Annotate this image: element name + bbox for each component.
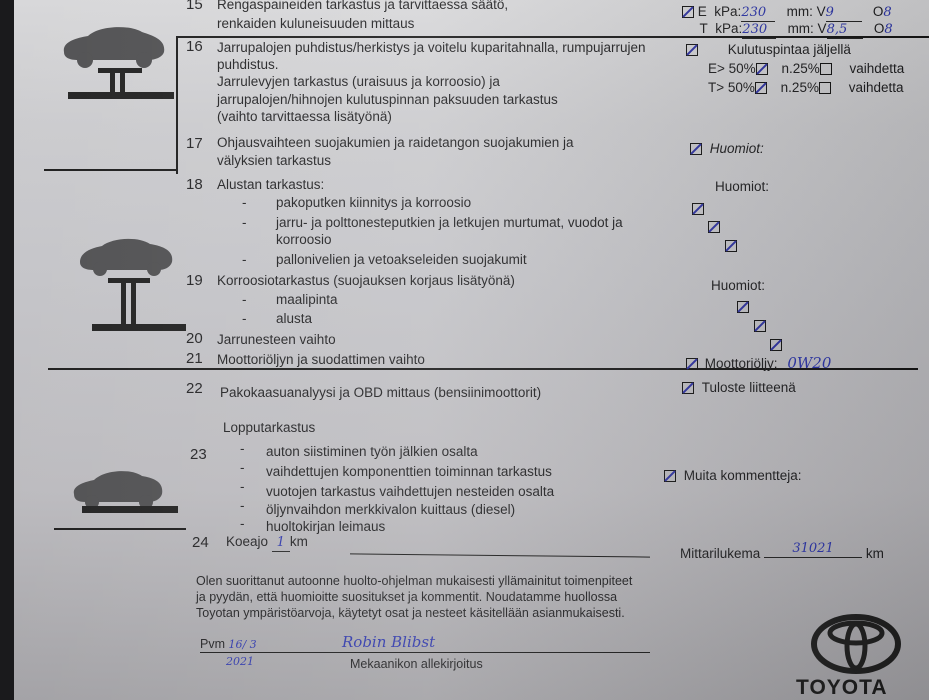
signature-label: Mekaanikon allekirjoitus	[350, 656, 483, 673]
rear-right-depth-field[interactable]: 8	[884, 22, 892, 37]
toyota-logo-icon	[810, 614, 902, 674]
attachment-row: Tuloste liitteenä	[682, 379, 796, 396]
front-right-depth-field[interactable]: 8	[883, 5, 891, 20]
date-year: 2021	[226, 655, 254, 668]
mm-label: mm: V	[788, 21, 827, 36]
statement-line: ja pyydän, että huomioitte suositukset j…	[196, 589, 617, 606]
dash: -	[240, 515, 245, 532]
item-number: 20	[186, 330, 203, 347]
oil-label: Moottoriöljy:	[705, 356, 778, 371]
item-21-text: Moottoriöljyn ja suodattimen vaihto	[217, 351, 425, 368]
notes-label: Huomiot:	[711, 277, 765, 294]
item-number: 22	[186, 380, 203, 397]
item-18-sub-checkbox[interactable]	[725, 240, 737, 252]
notes-label: Huomiot:	[715, 178, 769, 195]
item-number: 24	[192, 534, 209, 551]
statement-line: Toyotan ympäristöarvoja, käytetyt osat j…	[196, 605, 625, 622]
item-18-sub: pallonivelien ja vetoakseleiden suojakum…	[276, 251, 527, 268]
front-over50-checkbox[interactable]	[756, 63, 768, 75]
rear-label: T	[700, 21, 708, 36]
rear-replace-label: vaihdetta	[849, 80, 904, 95]
item-number: 17	[186, 135, 203, 152]
item-18-sub: jarru- ja polttonesteputkien ja letkujen…	[276, 214, 623, 231]
test-drive-row: Koeajo 1km	[226, 533, 308, 552]
rear-pressure-field[interactable]: 230	[742, 21, 776, 39]
comments-checkbox[interactable]	[664, 470, 676, 482]
item-number: 23	[190, 446, 207, 463]
dash: -	[242, 291, 247, 308]
tyre-rear-row: T kPa:230 mm: V8,5 O8	[682, 20, 893, 39]
rear-left-depth-field[interactable]: 8,5	[827, 21, 863, 39]
front-label: E	[698, 4, 707, 19]
item-18-sub: pakoputken kiinnitys ja korroosio	[276, 194, 471, 211]
item-16-text: Jarrulevyjen tarkastus (uraisuus ja korr…	[217, 73, 500, 90]
front-wear-label: E> 50%	[708, 61, 756, 76]
item-23-sub: öljynvaihdon merkkivalon kuittaus (diese…	[266, 501, 515, 518]
item-15-text: Rengaspaineiden tarkastus ja tarvittaess…	[217, 0, 508, 13]
front-25-label: n.25%	[781, 61, 819, 76]
rear-over50-checkbox[interactable]	[755, 82, 767, 94]
comments-row: Muita kommentteja:	[664, 467, 802, 484]
wear-header: Kulutuspintaa jäljellä	[686, 41, 851, 58]
dash: -	[242, 251, 247, 268]
car-ground-icon	[70, 466, 180, 516]
item-16-text: (vaihto tarvittaessa lisätyönä)	[217, 108, 392, 125]
item-17-text: Ohjausvaihteen suojakumien ja raidetango…	[217, 134, 573, 151]
item-21-checkbox[interactable]	[686, 358, 698, 370]
comments-label: Muita kommentteja:	[684, 468, 802, 483]
date-field[interactable]: 16/ 3	[228, 638, 256, 651]
item-17-text: välyksien tarkastus	[217, 152, 331, 169]
dash: -	[242, 194, 247, 211]
unit-label: km	[290, 534, 308, 549]
item-18-title: Alustan tarkastus:	[217, 176, 324, 193]
service-form-sheet: 15 Rengaspaineiden tarkastus ja tarvitta…	[14, 0, 929, 700]
odometer-label: Mittarilukema	[680, 546, 760, 561]
item-number: 18	[186, 176, 203, 193]
right-label: O	[873, 4, 884, 19]
item-22-text: Pakokaasuanalyysi ja OBD mittaus (bensii…	[220, 384, 541, 401]
test-drive-label: Koeajo	[226, 534, 268, 549]
statement-line: Olen suorittanut autoonne huolto-ohjelma…	[196, 573, 632, 590]
dash: -	[242, 214, 247, 231]
dash: -	[240, 478, 245, 495]
front-25-checkbox[interactable]	[820, 63, 832, 75]
item-15-text: renkaiden kuluneisuuden mittaus	[217, 15, 414, 32]
wear-title: Kulutuspintaa jäljellä	[728, 42, 851, 57]
date-label: Pvm	[200, 637, 225, 651]
item-18-sub-checkbox[interactable]	[692, 203, 704, 215]
notes-label: Huomiot:	[710, 141, 764, 156]
item-16-text: puhdistus.	[217, 56, 279, 73]
odometer-field[interactable]: 31021	[764, 540, 862, 558]
item-19-title: Korroosiotarkastus (suojauksen korjaus l…	[217, 272, 515, 289]
item-16-checkbox[interactable]	[686, 44, 698, 56]
date-row: Pvm 16/ 3	[200, 636, 257, 653]
item-23-sub: auton siistiminen työn jälkien osalta	[266, 443, 478, 460]
car-lift-icon	[58, 22, 178, 106]
car-lift-icon	[76, 238, 186, 338]
item-18-sub-checkbox[interactable]	[708, 221, 720, 233]
front-wear-row: E> 50% n.25% vaihdetta	[708, 60, 904, 77]
odometer-row: Mittarilukema 31021 km	[680, 545, 884, 564]
item-15-checkbox[interactable]	[682, 6, 694, 18]
rear-wear-row: T> 50% n.25% vaihdetta	[708, 79, 904, 96]
dash: -	[240, 440, 245, 457]
front-replace-label: vaihdetta	[849, 61, 904, 76]
test-drive-distance-field[interactable]: 1	[272, 534, 290, 552]
item-number: 19	[186, 272, 203, 289]
item-17-checkbox[interactable]	[690, 143, 702, 155]
item-number: 15	[186, 0, 203, 13]
mm-label: mm: V	[787, 4, 826, 19]
rear-25-label: n.25%	[781, 80, 819, 95]
attachment-label: Tuloste liitteenä	[702, 380, 796, 395]
dash: -	[240, 497, 245, 514]
kpa-label: kPa:	[714, 4, 741, 19]
unit-label: km	[866, 546, 884, 561]
item-number: 21	[186, 350, 203, 367]
item-number: 16	[186, 38, 203, 55]
item-20-text: Jarrunesteen vaihto	[217, 331, 336, 348]
item-16-text: jarrupalojen/hihnojen kulutuspinnan paks…	[217, 91, 558, 108]
oil-row: Moottoriöljy: 0W20	[686, 355, 831, 372]
item-18-sub: korroosio	[276, 231, 332, 248]
item-23-sub: vuotojen tarkastus vaihdettujen nesteide…	[266, 483, 554, 500]
oil-grade-field[interactable]: 0W20	[787, 354, 831, 372]
rear-wear-label: T> 50%	[708, 80, 755, 95]
item-19-sub-checkbox[interactable]	[737, 301, 749, 313]
brand-name: TOYOTA	[796, 676, 888, 700]
dash: -	[240, 459, 245, 476]
item-19-sub: alusta	[276, 310, 312, 327]
item-17-notes: Huomiot:	[690, 140, 764, 157]
item-19-sub: maalipinta	[276, 291, 338, 308]
item-22-checkbox[interactable]	[682, 382, 694, 394]
right-label: O	[874, 21, 885, 36]
item-19-sub-checkbox[interactable]	[754, 320, 766, 332]
item-23-title: Lopputarkastus	[223, 419, 315, 436]
item-20-checkbox[interactable]	[770, 339, 782, 351]
rear-25-checkbox[interactable]	[819, 82, 831, 94]
dash: -	[242, 310, 247, 327]
mechanic-signature: Robin Blibst	[342, 633, 435, 651]
item-23-sub: vaihdettujen komponenttien toiminnan tar…	[266, 463, 552, 480]
kpa-label: kPa:	[715, 21, 742, 36]
item-16-text: Jarrupalojen puhdistus/herkistys ja voit…	[217, 39, 645, 56]
